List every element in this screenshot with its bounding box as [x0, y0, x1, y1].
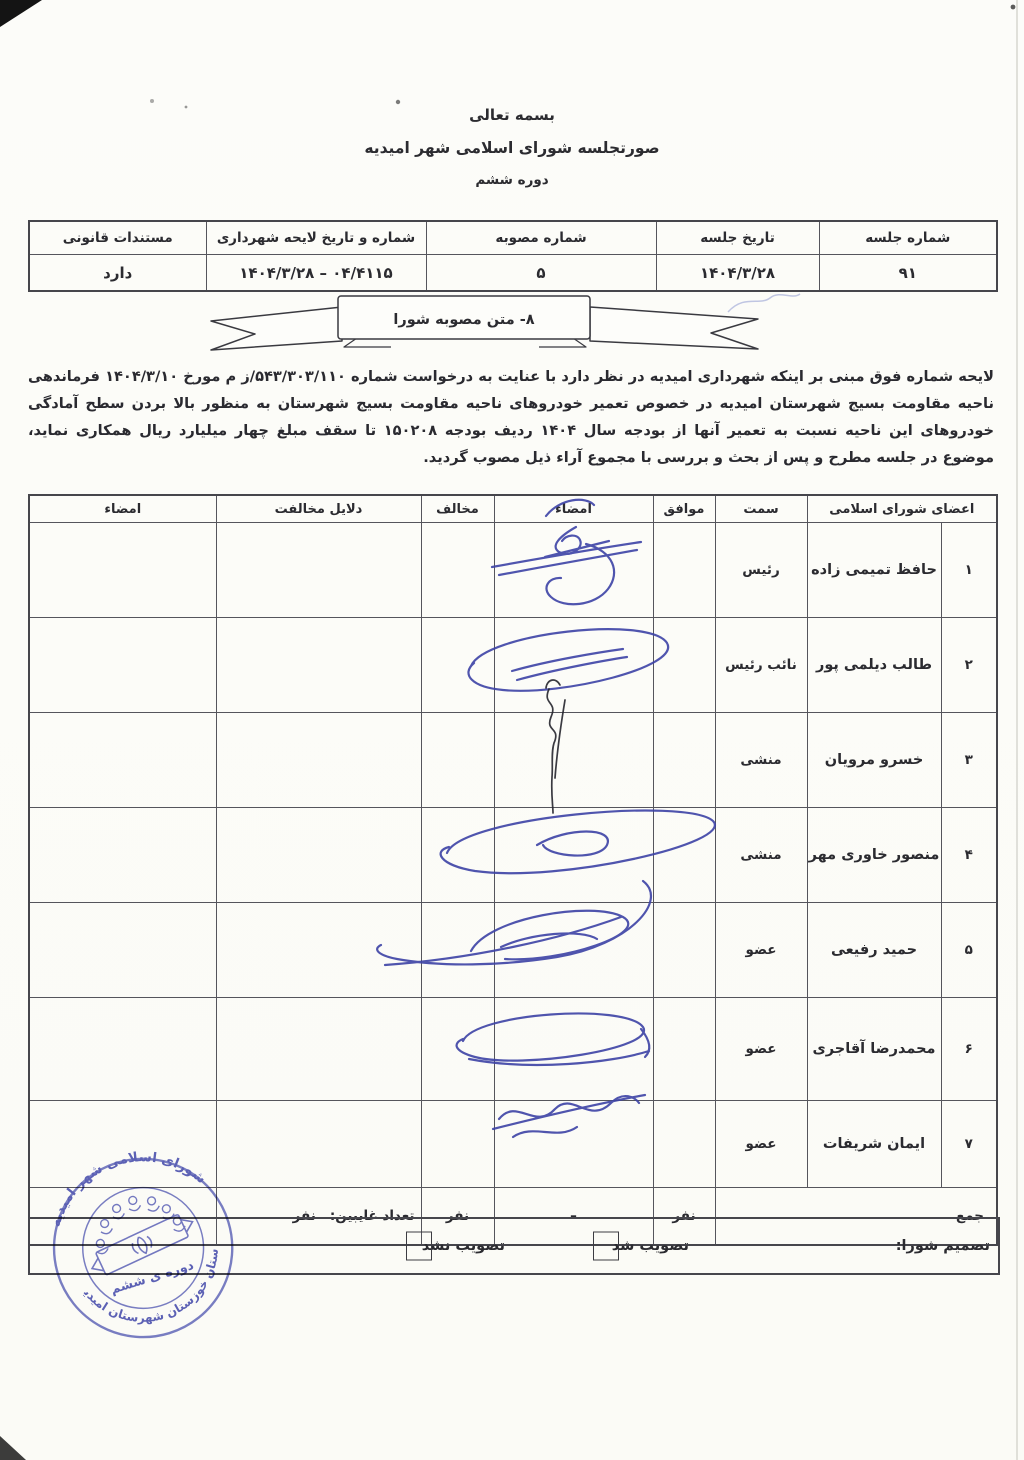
member-row: ۳خسرو مرویانمنشی — [29, 713, 997, 808]
vote-agree-cell — [653, 808, 715, 903]
vote-oppose-cell — [421, 1101, 494, 1188]
scanned-council-minutes-page: { "page": { "bismillah": "بسمه تعالی", "… — [0, 0, 1024, 1460]
member-role: عضو — [715, 903, 807, 998]
page-title: صورتجلسه شورای اسلامی شهر امیدیه — [0, 139, 1024, 157]
info-col-bill-number-date: شماره و تاریخ لایحه شهرداری — [206, 221, 426, 255]
info-col-session-number: شماره جلسه — [819, 221, 997, 255]
signature-left-cell — [29, 523, 216, 618]
signature-cell — [494, 713, 653, 808]
info-col-session-date: تاریخ جلسه — [656, 221, 819, 255]
member-name: حافظ تمیمی زاده — [807, 523, 941, 618]
stamp-outer-ring — [32, 1137, 255, 1360]
opposition-reason-cell — [216, 998, 421, 1101]
members-header-row: اعضای شورای اسلامی سمت موافق امضاء مخالف… — [29, 495, 997, 523]
header-opposition-reasons: دلایل مخالفت — [216, 495, 421, 523]
member-role: منشی — [715, 808, 807, 903]
pencil-speck-1 — [150, 99, 154, 103]
member-role: منشی — [715, 713, 807, 808]
member-number: ۳ — [941, 713, 997, 808]
vote-oppose-cell — [421, 618, 494, 713]
opposition-reason-cell — [216, 808, 421, 903]
session-date-value: ۱۴۰۴/۳/۲۸ — [656, 255, 819, 292]
member-role: عضو — [715, 998, 807, 1101]
member-row: ۴منصور خاوری مهرمنشی — [29, 808, 997, 903]
member-number: ۵ — [941, 903, 997, 998]
member-name: محمدرضا آقاجری — [807, 998, 941, 1101]
member-row: ۶محمدرضا آقاجریعضو — [29, 998, 997, 1101]
vote-agree-cell — [653, 903, 715, 998]
bill-number-date-value: ۰۴/۴۱۱۵ – ۱۴۰۴/۳/۲۸ — [206, 255, 426, 292]
member-row: ۵حمید رفیعیعضو — [29, 903, 997, 998]
vote-oppose-cell — [421, 903, 494, 998]
bismillah-text: بسمه تعالی — [0, 106, 1024, 124]
header-oppose: مخالف — [421, 495, 494, 523]
stamp-term-text: دوره ی ششم — [109, 1258, 196, 1298]
header-role: سمت — [715, 495, 807, 523]
ribbon-right-tail — [590, 307, 758, 349]
member-number: ۶ — [941, 998, 997, 1101]
approved-label: تصویب شد — [612, 1238, 689, 1254]
signature-left-cell — [29, 808, 216, 903]
member-name: منصور خاوری مهر — [807, 808, 941, 903]
member-role: عضو — [715, 1101, 807, 1188]
signature-left-cell — [29, 618, 216, 713]
member-number: ۷ — [941, 1101, 997, 1188]
opposition-reason-cell — [216, 713, 421, 808]
scan-speck-top-right — [1011, 5, 1016, 10]
member-name: ایمان شریفات — [807, 1101, 941, 1188]
vote-oppose-cell — [421, 998, 494, 1101]
banner-title: ۸- متن مصوبه شورا — [393, 312, 534, 328]
member-row: ۱حافظ تمیمی زادهرئیس — [29, 523, 997, 618]
session-info-table: شماره جلسه تاریخ جلسه شماره مصوبه شماره … — [28, 220, 998, 292]
scan-corner-wedge-top-left — [0, 0, 42, 27]
info-col-legal-docs: مستندات قانونی — [29, 221, 206, 255]
opposition-reason-cell — [216, 523, 421, 618]
decision-label: تصمیم شورا: — [896, 1238, 990, 1254]
session-number-value: ۹۱ — [819, 255, 997, 292]
rejected-label: تصویب نشد — [422, 1238, 505, 1254]
rejected-checkbox[interactable] — [406, 1232, 432, 1261]
member-number: ۲ — [941, 618, 997, 713]
signature-left-cell — [29, 713, 216, 808]
member-name: طالب دیلمی پور — [807, 618, 941, 713]
vote-agree-cell — [653, 713, 715, 808]
opposition-reason-cell — [216, 1101, 421, 1188]
resolution-number-value: ۵ — [426, 255, 656, 292]
ribbon-left-tail — [211, 307, 342, 350]
vote-oppose-cell — [421, 523, 494, 618]
info-header-row: شماره جلسه تاریخ جلسه شماره مصوبه شماره … — [29, 221, 997, 255]
header-agree: موافق — [653, 495, 715, 523]
scan-right-edge-line — [1016, 0, 1018, 1460]
vote-agree-cell — [653, 618, 715, 713]
member-role: نائب رئیس — [715, 618, 807, 713]
signature-cell — [494, 998, 653, 1101]
term-label: دوره ششم — [0, 172, 1024, 188]
vote-oppose-cell — [421, 808, 494, 903]
vote-agree-cell — [653, 998, 715, 1101]
member-row: ۲طالب دیلمی پورنائب رئیس — [29, 618, 997, 713]
member-role: رئیس — [715, 523, 807, 618]
signature-cell — [494, 808, 653, 903]
header-council-members: اعضای شورای اسلامی — [807, 495, 997, 523]
legal-docs-value: دارد — [29, 255, 206, 292]
pencil-speck-3 — [396, 100, 400, 104]
member-name: حمید رفیعی — [807, 903, 941, 998]
signature-left-cell — [29, 903, 216, 998]
header-signature-2: امضاء — [29, 495, 216, 523]
member-number: ۱ — [941, 523, 997, 618]
resolution-text: لایحه شماره فوق مبنی بر اینکه شهرداری ام… — [28, 363, 994, 471]
signature-cell — [494, 903, 653, 998]
vote-agree-cell — [653, 1101, 715, 1188]
approved-checkbox[interactable] — [593, 1232, 619, 1261]
signature-cell — [494, 618, 653, 713]
member-number: ۴ — [941, 808, 997, 903]
members-tbody: ۱حافظ تمیمی زادهرئیس۲طالب دیلمی پورنائب … — [29, 523, 997, 1188]
info-value-row: ۹۱ ۱۴۰۴/۳/۲۸ ۵ ۰۴/۴۱۱۵ – ۱۴۰۴/۳/۲۸ دارد — [29, 255, 997, 292]
opposition-reason-cell — [216, 618, 421, 713]
signature-left-cell — [29, 998, 216, 1101]
signature-cell — [494, 523, 653, 618]
vote-oppose-cell — [421, 713, 494, 808]
signature-cell — [494, 1101, 653, 1188]
section-ribbon-banner: ۸- متن مصوبه شورا — [205, 295, 765, 353]
opposition-reason-cell — [216, 903, 421, 998]
member-name: خسرو مرویان — [807, 713, 941, 808]
header-signature: امضاء — [494, 495, 653, 523]
info-col-resolution-number: شماره مصوبه — [426, 221, 656, 255]
vote-agree-cell — [653, 523, 715, 618]
scan-corner-wedge-bottom-left — [0, 1436, 26, 1460]
